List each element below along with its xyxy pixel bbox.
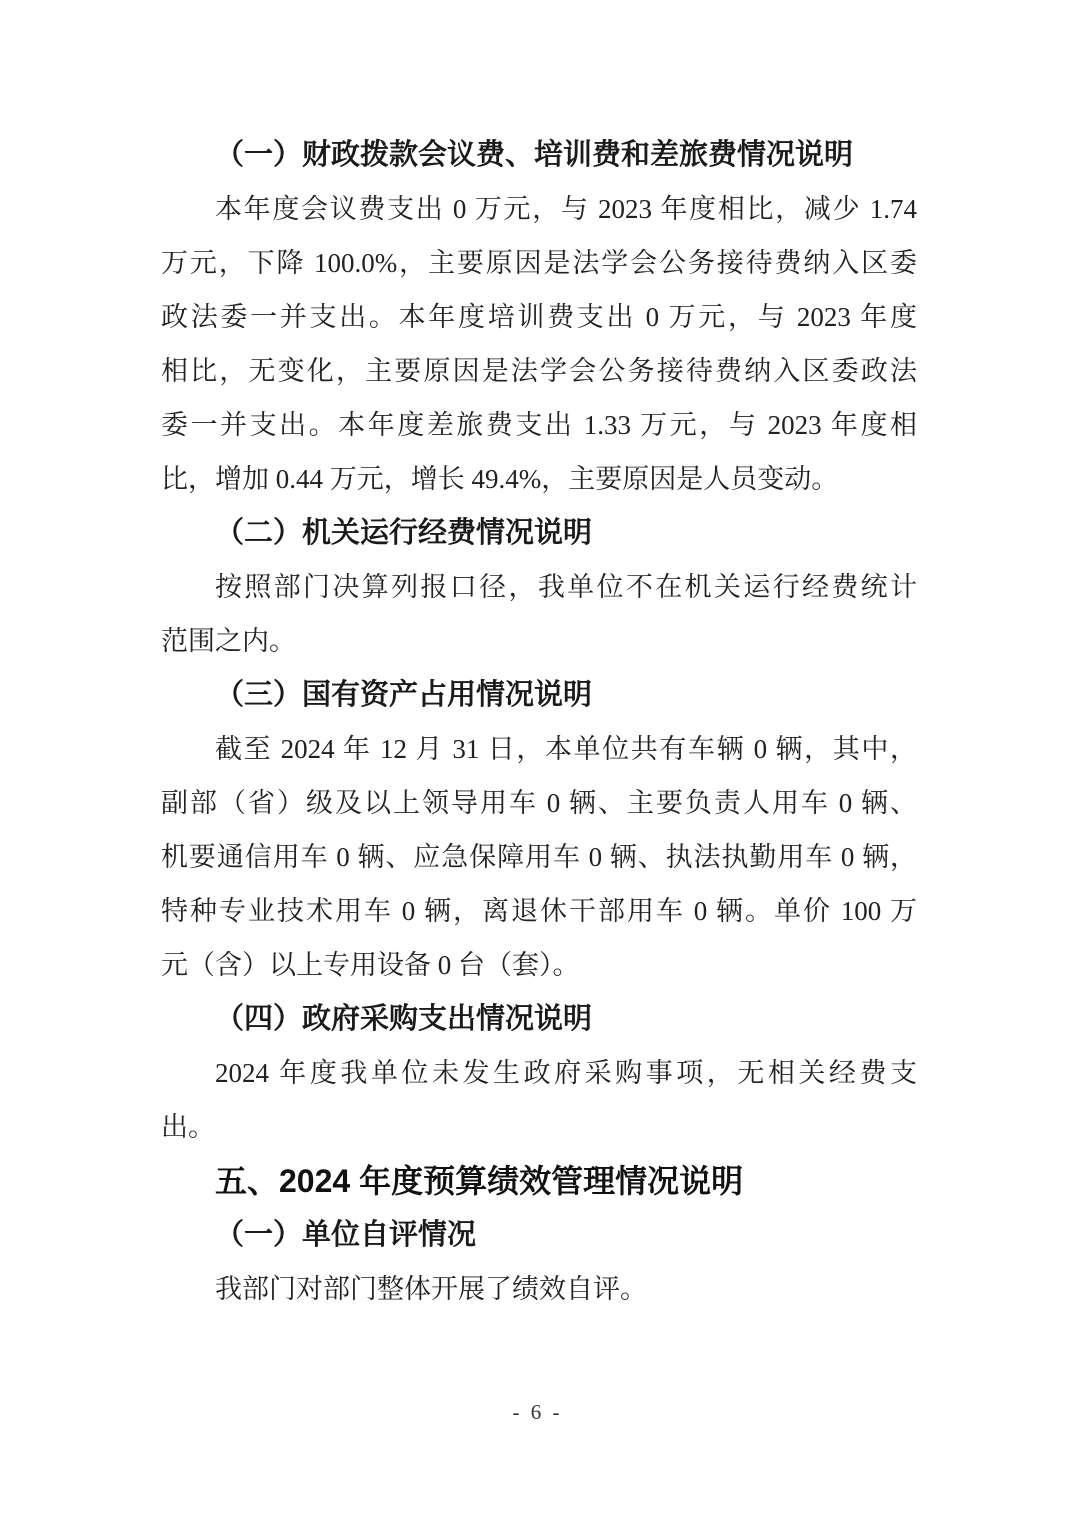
heading-self-evaluation: （一）单位自评情况 [161,1208,917,1262]
body-line: 范围之内。 [161,614,917,668]
body-line: 万元，下降 100.0%，主要原因是法学会公务接待费纳入区委 [161,236,917,290]
body-line: 本年度会议费支出 0 万元，与 2023 年度相比，减少 1.74 [161,182,917,236]
body-line: 相比，无变化，主要原因是法学会公务接待费纳入区委政法 [161,344,917,398]
body-line: 元（含）以上专用设备 0 台（套）。 [161,938,917,992]
body-line: 机要通信用车 0 辆、应急保障用车 0 辆、执法执勤用车 0 辆， [161,830,917,884]
body-line: 比，增加 0.44 万元，增长 49.4%，主要原因是人员变动。 [161,452,917,506]
document-page: （一）财政拨款会议费、培训费和差旅费情况说明 本年度会议费支出 0 万元，与 2… [0,0,1075,1520]
body-line: 副部（省）级及以上领导用车 0 辆、主要负责人用车 0 辆、 [161,776,917,830]
document-content: （一）财政拨款会议费、培训费和差旅费情况说明 本年度会议费支出 0 万元，与 2… [161,128,917,1316]
heading-operating-expenses: （二）机关运行经费情况说明 [161,506,917,560]
body-line: 2024 年度我单位未发生政府采购事项，无相关经费支 [161,1046,917,1100]
body-line: 政法委一并支出。本年度培训费支出 0 万元，与 2023 年度 [161,290,917,344]
heading-performance-mgmt: 五、2024 年度预算绩效管理情况说明 [161,1154,917,1208]
heading-state-assets: （三）国有资产占用情况说明 [161,668,917,722]
page-number: - 6 - [0,1400,1075,1425]
body-line: 出。 [161,1100,917,1154]
body-line: 按照部门决算列报口径，我单位不在机关运行经费统计 [161,560,917,614]
heading-gov-procurement: （四）政府采购支出情况说明 [161,992,917,1046]
body-line: 我部门对部门整体开展了绩效自评。 [161,1262,917,1316]
heading-fiscal-fees: （一）财政拨款会议费、培训费和差旅费情况说明 [161,128,917,182]
body-line: 截至 2024 年 12 月 31 日，本单位共有车辆 0 辆，其中， [161,722,917,776]
body-line: 委一并支出。本年度差旅费支出 1.33 万元，与 2023 年度相 [161,398,917,452]
body-line: 特种专业技术用车 0 辆，离退休干部用车 0 辆。单价 100 万 [161,884,917,938]
